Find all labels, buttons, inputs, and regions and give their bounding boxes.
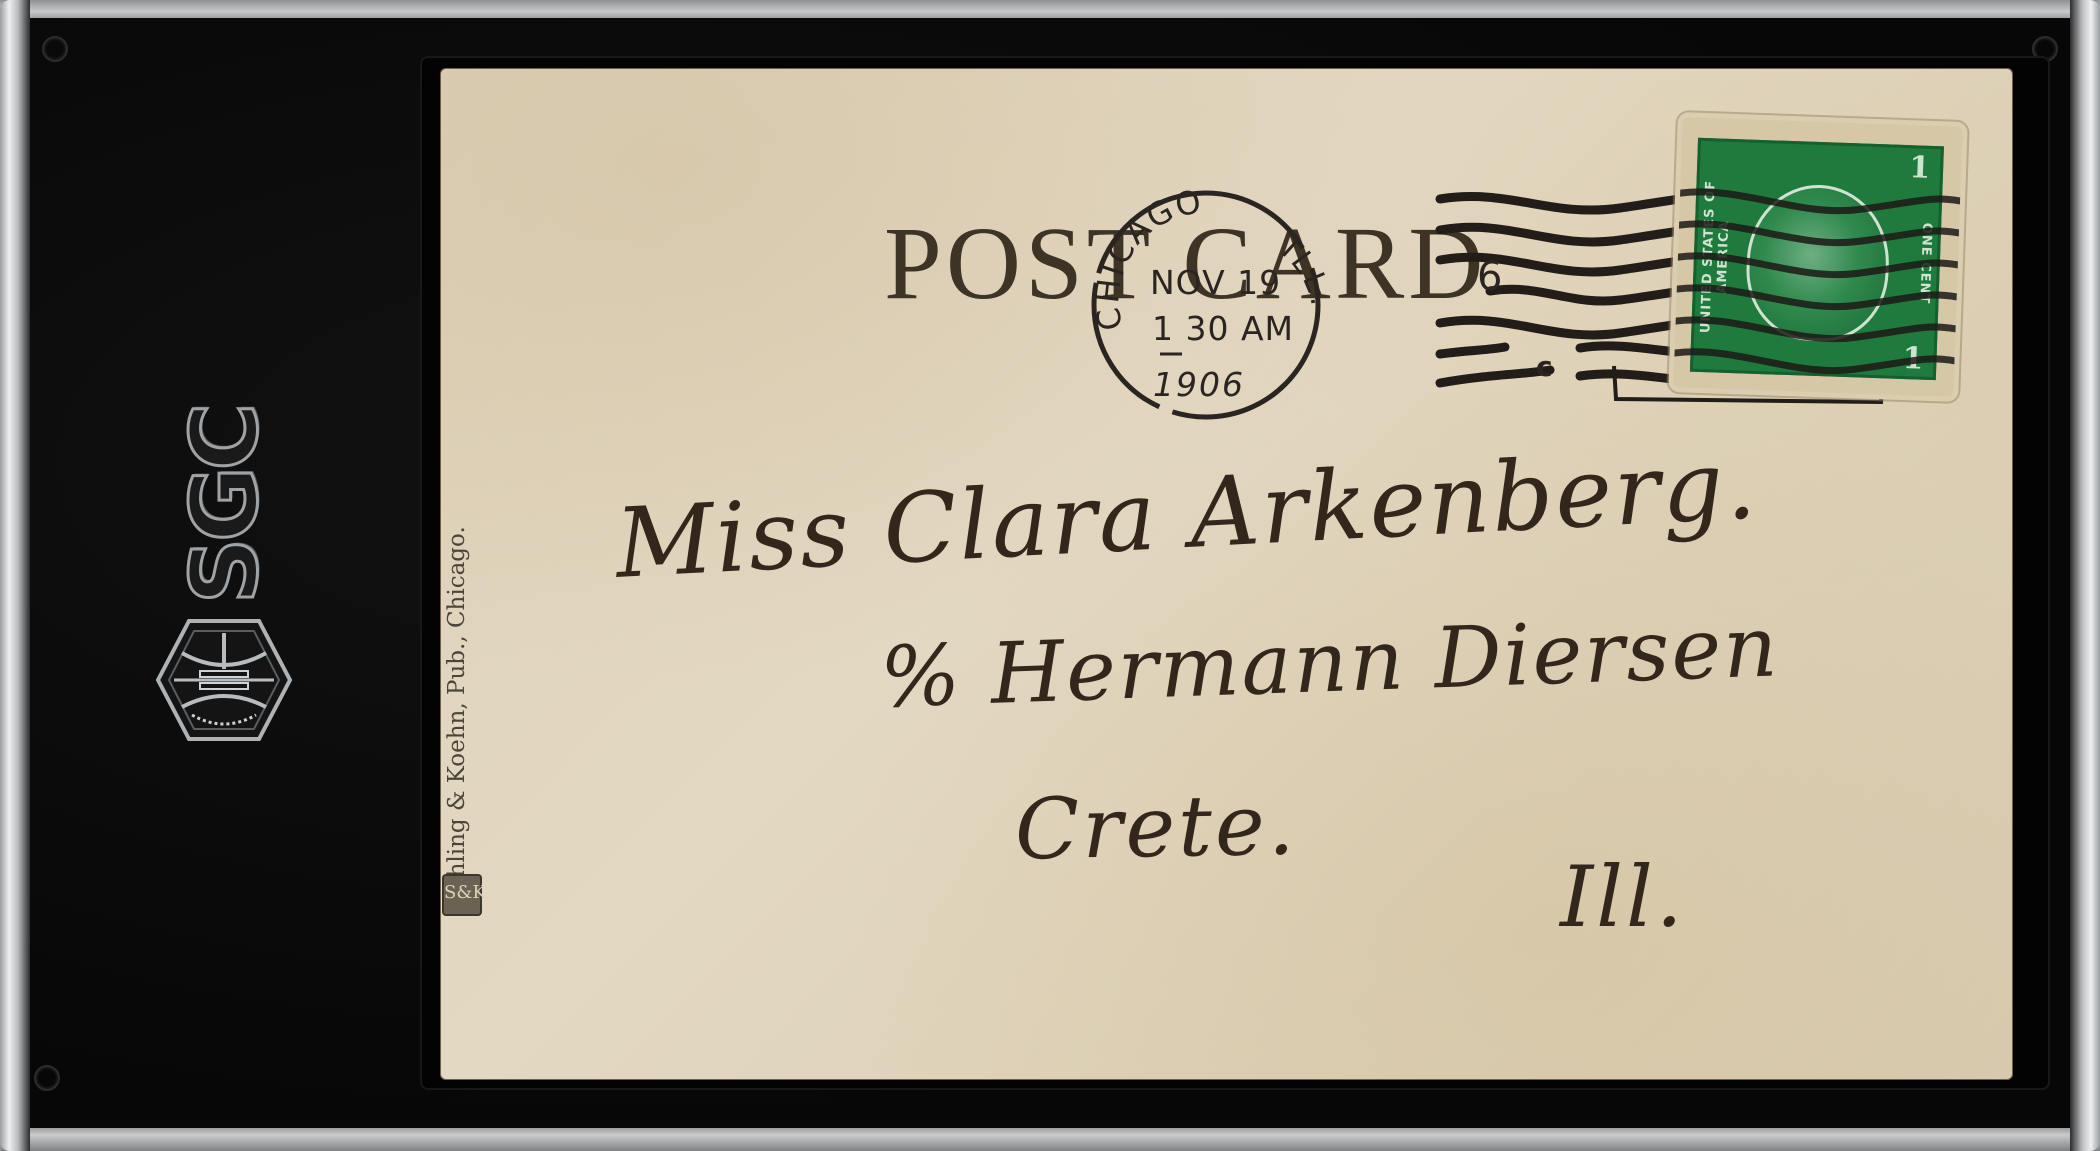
baseball-hexagon-icon xyxy=(154,615,294,745)
slab-right-edge xyxy=(2070,0,2100,1151)
postmark-year: 1906 xyxy=(1153,365,1245,404)
slab-screw-icon xyxy=(34,1065,60,1091)
cancel-letter: c xyxy=(1536,350,1553,383)
address-state: Ill. xyxy=(1560,848,1686,946)
address-recipient: Miss Clara Arkenberg. xyxy=(613,428,1761,600)
slab-holder: SGC Suhling & Koehn, Pub., Chicago. S&K … xyxy=(0,0,2100,1151)
publisher-logo-icon: S&K xyxy=(442,874,482,916)
postmark-date: NOV 19 xyxy=(1150,263,1281,302)
stamp-cancel-lines xyxy=(1673,117,1962,397)
publisher-imprint: Suhling & Koehn, Pub., Chicago. xyxy=(444,308,480,908)
slab-left-edge xyxy=(0,0,30,1151)
postcard: Suhling & Koehn, Pub., Chicago. S&K POST… xyxy=(440,68,2013,1080)
postage-stamp: UNITED STATES OF AMERICA ONE CENT 1 1 xyxy=(1673,117,1962,397)
address-city: Crete. xyxy=(1014,776,1298,879)
sgc-logo-text: SGC xyxy=(175,400,275,610)
postmark-time: 1 30 AM xyxy=(1152,309,1294,348)
sgc-logo: SGC xyxy=(150,400,290,750)
cancel-number: 6 xyxy=(1477,254,1502,300)
address-care-of: % Hermann Diersen xyxy=(879,597,1781,726)
slab-screw-icon xyxy=(42,36,68,62)
sgc-brand-label: SGC xyxy=(172,406,279,603)
